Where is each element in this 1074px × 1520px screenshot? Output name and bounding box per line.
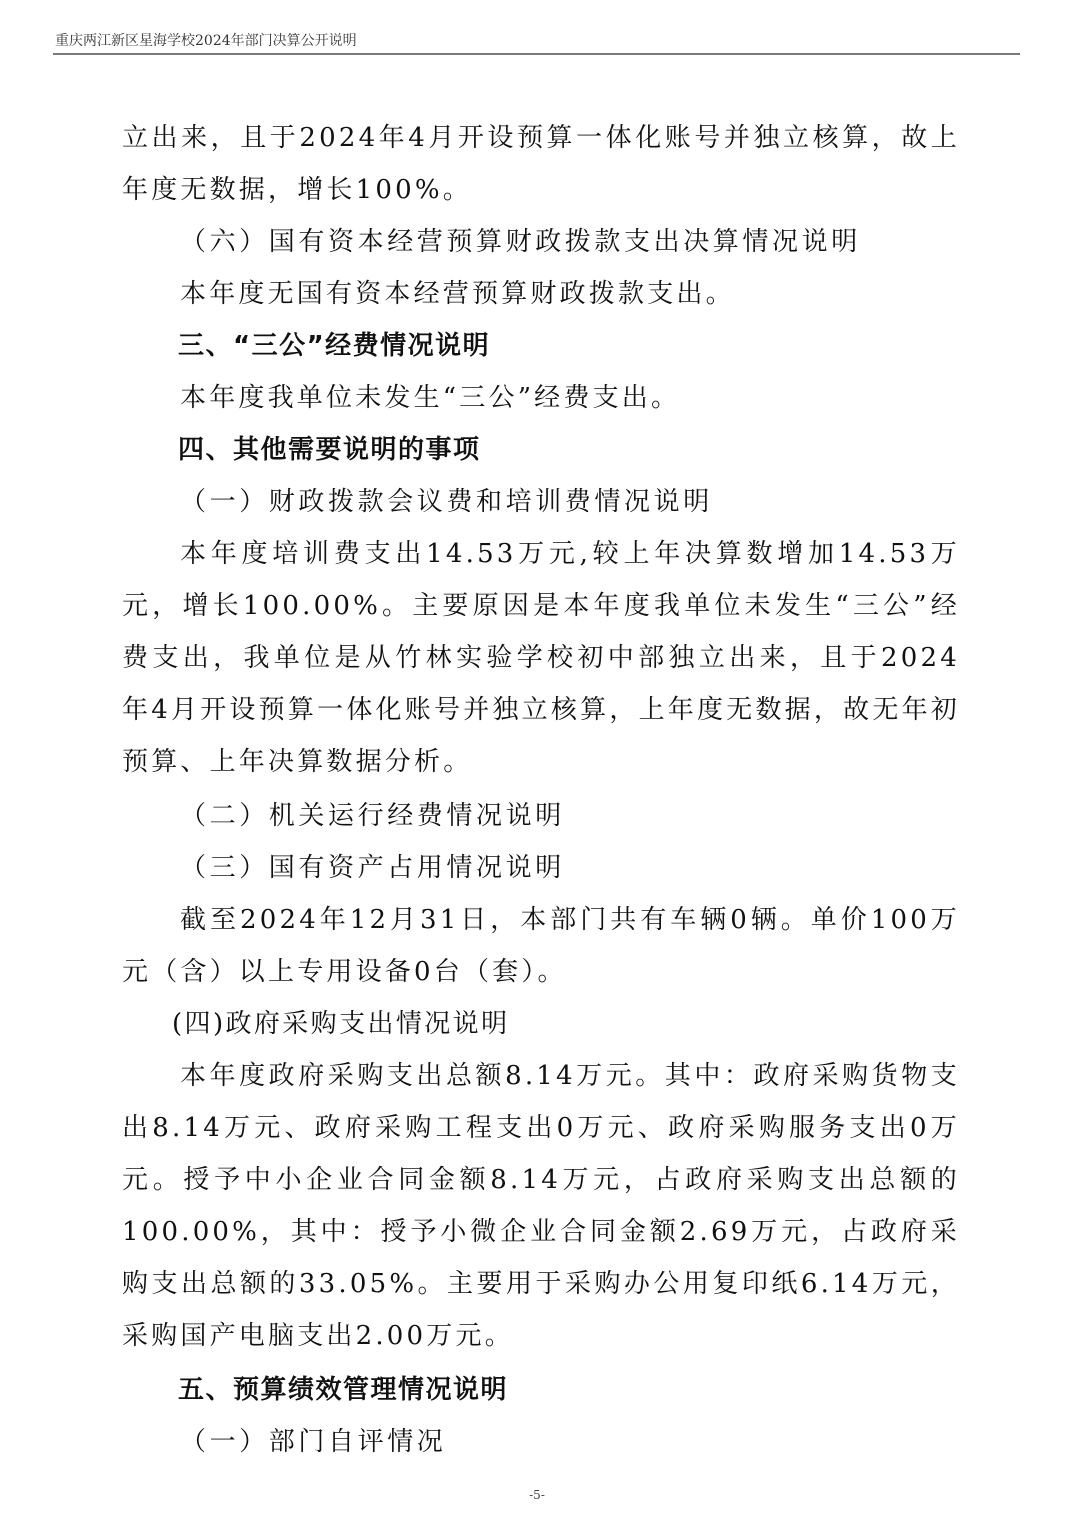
paragraph-state-assets: 截至2024年12月31日，本部门共有车辆0辆。单价100万元（含）以上专用设备… xyxy=(122,894,960,998)
subsection-heading-state-assets: （三）国有资产占用情况说明 xyxy=(122,842,960,894)
paragraph-meeting-training-fees: 本年度培训费支出14.53万元,较上年决算数增加14.53万元，增长100.00… xyxy=(122,528,960,788)
subsection-heading-meeting-training-fees: （一）财政拨款会议费和培训费情况说明 xyxy=(122,476,960,528)
subsection-heading-self-evaluation: （一）部门自评情况 xyxy=(122,1416,960,1468)
section-heading-performance-management: 五、预算绩效管理情况说明 xyxy=(122,1364,960,1416)
section-heading-state-capital-expenditure: （六）国有资本经营预算财政拨款支出决算情况说明 xyxy=(122,216,960,268)
page-number: -5- xyxy=(0,1488,1074,1502)
document-body: 立出来，且于2024年4月开设预算一体化账号并独立核算，故上年度无数据，增长10… xyxy=(122,112,960,1468)
paragraph-continued: 立出来，且于2024年4月开设预算一体化账号并独立核算，故上年度无数据，增长10… xyxy=(122,112,960,216)
page-header-title: 重庆两江新区星海学校2024年部门决算公开说明 xyxy=(55,30,357,50)
header-divider xyxy=(53,53,1020,55)
paragraph-government-procurement: 本年度政府采购支出总额8.14万元。其中：政府采购货物支出8.14万元、政府采购… xyxy=(122,1050,960,1362)
paragraph-state-capital-expenditure: 本年度无国有资本经营预算财政拨款支出。 xyxy=(122,268,960,320)
paragraph-three-public-expenses: 本年度我单位未发生“三公”经费支出。 xyxy=(122,372,960,424)
subsection-heading-operating-expenses: （二）机关运行经费情况说明 xyxy=(122,790,960,842)
section-heading-other-matters: 四、其他需要说明的事项 xyxy=(122,424,960,476)
subsection-heading-government-procurement: (四)政府采购支出情况说明 xyxy=(122,998,960,1050)
section-heading-three-public-expenses: 三、“三公”经费情况说明 xyxy=(122,320,960,372)
